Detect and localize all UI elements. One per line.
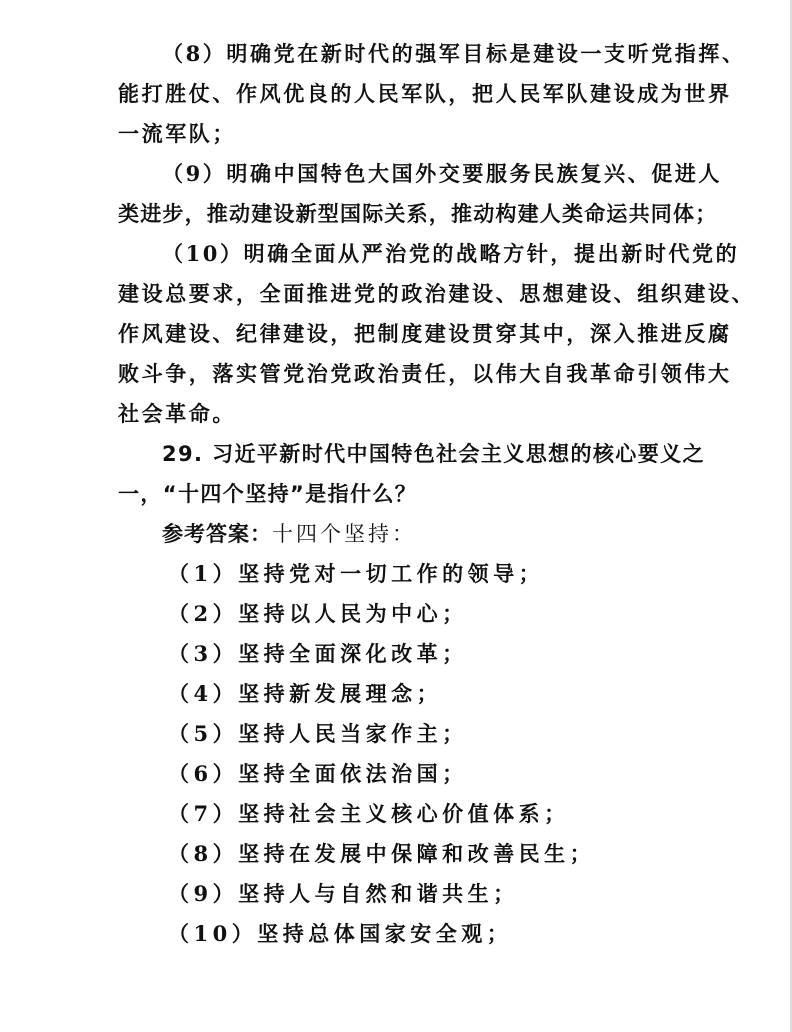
document-page: （8）明确党在新时代的强军目标是建设一支听党指挥、 能打胜仗、作风优良的人民军队… (0, 0, 790, 1032)
text-line: （10）明确全面从严治党的战略方针，提出新时代党的 (118, 234, 674, 274)
document-content: （8）明确党在新时代的强军目标是建设一支听党指挥、 能打胜仗、作风优良的人民军队… (118, 34, 674, 954)
list-item: （8）坚持在发展中保障和改善民生； (118, 834, 674, 874)
answer-intro-text: 十四个坚持： (272, 522, 416, 546)
list-item: （4）坚持新发展理念； (118, 674, 674, 714)
question-heading-line: 29. 习近平新时代中国特色社会主义思想的核心要义之 (118, 434, 674, 474)
question-heading-line: 一，“十四个坚持”是指什么？ (118, 474, 674, 514)
text-line: 一流军队； (118, 114, 674, 154)
point-10: （10）明确全面从严治党的战略方针，提出新时代党的 建设总要求，全面推进党的政治… (118, 234, 674, 434)
question-29: 29. 习近平新时代中国特色社会主义思想的核心要义之 一，“十四个坚持”是指什么… (118, 434, 674, 514)
answer-list: （1）坚持党对一切工作的领导； （2）坚持以人民为中心； （3）坚持全面深化改革… (118, 554, 674, 954)
list-item: （9）坚持人与自然和谐共生； (118, 874, 674, 914)
text-line: 作风建设、纪律建设，把制度建设贯穿其中，深入推进反腐 (118, 314, 674, 354)
text-line: 败斗争，落实管党治党政治责任，以伟大自我革命引领伟大 (118, 354, 674, 394)
text-line: 社会革命。 (118, 394, 674, 434)
point-8: （8）明确党在新时代的强军目标是建设一支听党指挥、 能打胜仗、作风优良的人民军队… (118, 34, 674, 154)
list-item: （5）坚持人民当家作主； (118, 714, 674, 754)
text-line: （8）明确党在新时代的强军目标是建设一支听党指挥、 (118, 34, 674, 74)
list-item: （7）坚持社会主义核心价值体系； (118, 794, 674, 834)
list-item: （6）坚持全面依法治国； (118, 754, 674, 794)
text-line: 类进步，推动建设新型国际关系，推动构建人类命运共同体； (118, 194, 674, 234)
answer-intro: 参考答案：十四个坚持： (118, 514, 674, 554)
list-item: （1）坚持党对一切工作的领导； (118, 554, 674, 594)
list-item: （3）坚持全面深化改革； (118, 634, 674, 674)
list-item: （2）坚持以人民为中心； (118, 594, 674, 634)
list-item: （10）坚持总体国家安全观； (118, 914, 674, 954)
text-line: （9）明确中国特色大国外交要服务民族复兴、促进人 (118, 154, 674, 194)
point-9: （9）明确中国特色大国外交要服务民族复兴、促进人 类进步，推动建设新型国际关系，… (118, 154, 674, 234)
text-line: 建设总要求，全面推进党的政治建设、思想建设、组织建设、 (118, 274, 674, 314)
text-line: 能打胜仗、作风优良的人民军队，把人民军队建设成为世界 (118, 74, 674, 114)
answer-label: 参考答案： (162, 522, 272, 546)
